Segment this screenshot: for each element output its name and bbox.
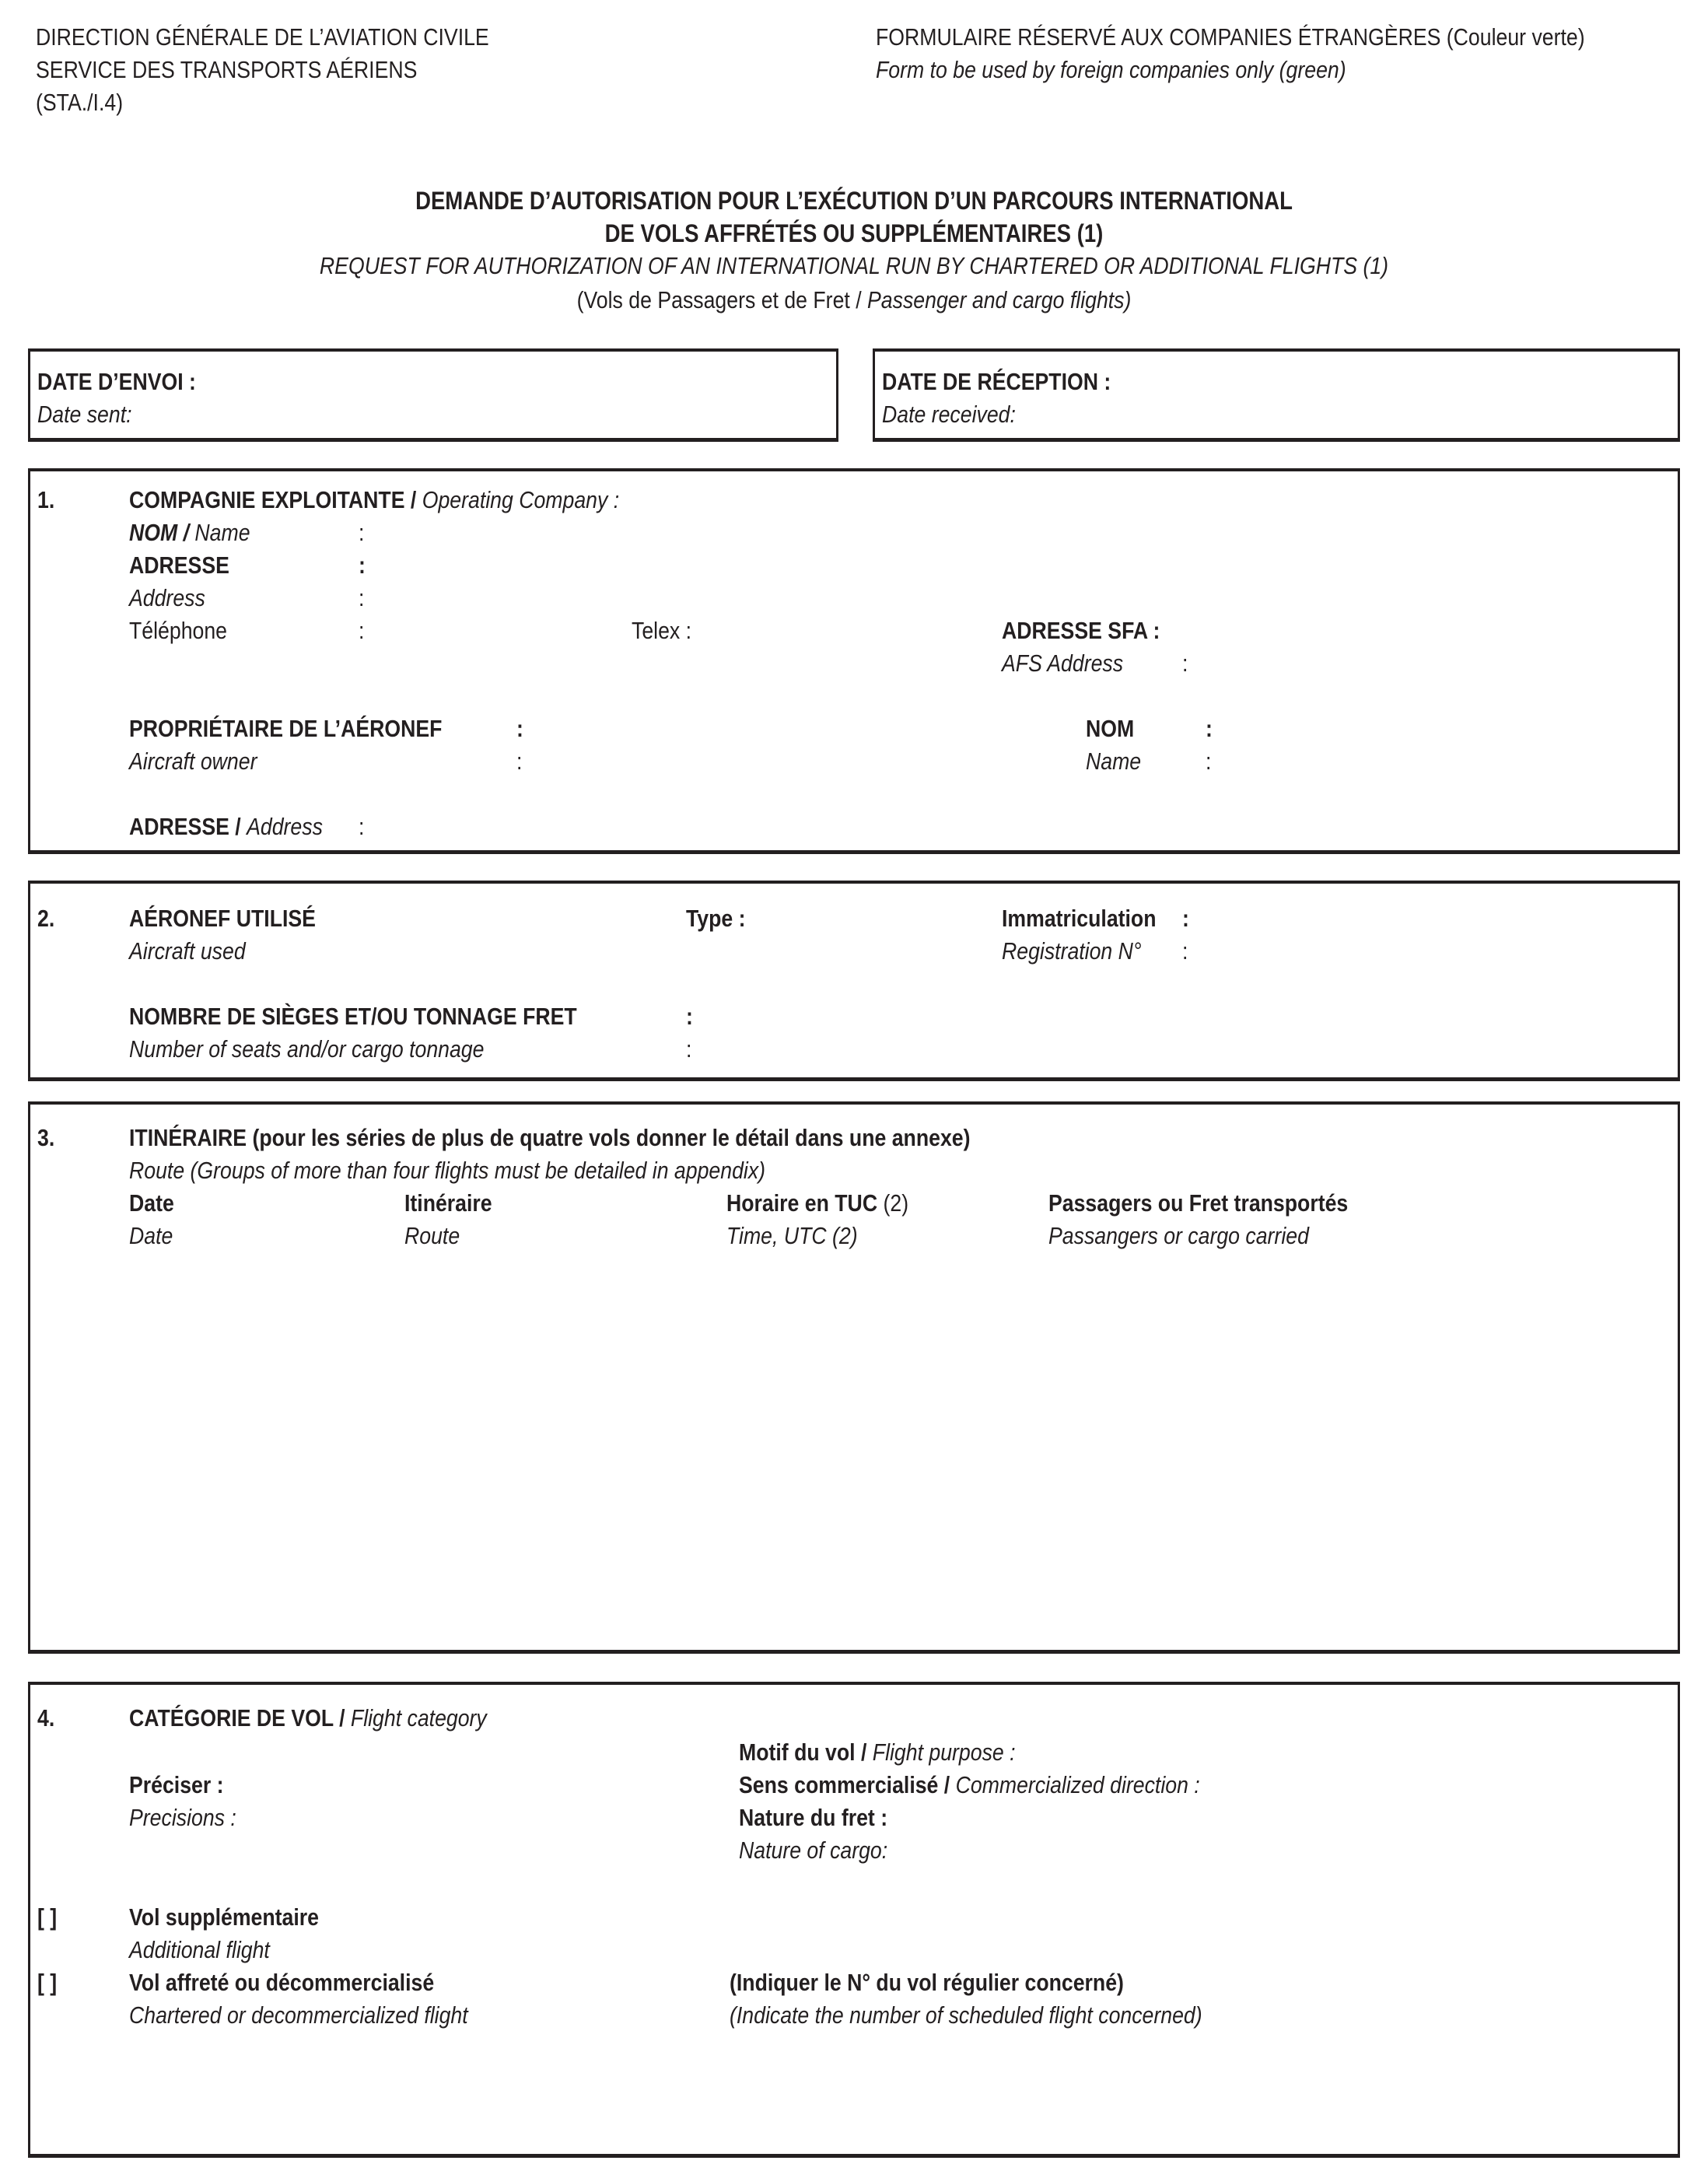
company-address-colon-en: : <box>359 586 364 610</box>
issuer-line-2: SERVICE DES TRANSPORTS AÉRIENS <box>36 58 417 82</box>
date-sent-label: DATE D’ENVOI : <box>37 369 196 394</box>
column-time-fr: Horaire en TUC <box>726 1189 877 1217</box>
registration-colon: : <box>1182 906 1189 930</box>
route-title: ITINÉRAIRE (pour les séries de plus de q… <box>129 1126 970 1150</box>
seats-tonnage-label-en: Number of seats and/or cargo tonnage <box>129 1037 484 1061</box>
owner-name-label-en: Name <box>1086 749 1141 773</box>
specify-label[interactable]: Préciser : <box>129 1773 224 1797</box>
date-received-label: DATE DE RÉCEPTION : <box>882 369 1111 394</box>
section-1-title-en: Operating Company : <box>422 486 619 513</box>
date-sent-box[interactable]: DATE D’ENVOI : Date sent: <box>28 348 838 442</box>
issuer-line-1: DIRECTION GÉNÉRALE DE L’AVIATION CIVILE <box>36 25 489 49</box>
date-received-box[interactable]: DATE DE RÉCEPTION : Date received: <box>873 348 1680 442</box>
title-line-4: (Vols de Passagers et de Fret / Passenge… <box>120 288 1589 312</box>
commercialized-direction-label-fr: Sens commercialisé / <box>739 1771 956 1798</box>
owner-name-colon: : <box>1206 716 1213 741</box>
afs-address-label: ADRESSE SFA : <box>1002 618 1160 643</box>
company-name-label-en: Name <box>194 519 250 546</box>
column-time-note: (2) <box>877 1189 908 1217</box>
flight-category-title-fr: CATÉGORIE DE VOL / <box>129 1704 351 1732</box>
commercialized-direction-label-en: Commercialized direction : <box>956 1771 1200 1798</box>
specify-label-en: Precisions : <box>129 1805 236 1830</box>
telephone-colon: : <box>359 618 364 643</box>
flight-purpose-label[interactable]: Motif du vol / Flight purpose : <box>739 1740 1016 1764</box>
seats-tonnage-label: NOMBRE DE SIÈGES ET/OU TONNAGE FRET <box>129 1004 577 1028</box>
seats-tonnage-colon: : <box>686 1004 693 1028</box>
registration-label-en: Registration N° <box>1002 939 1142 963</box>
column-time-en: Time, UTC (2) <box>726 1224 858 1248</box>
section-1-title: COMPAGNIE EXPLOITANTE / Operating Compan… <box>129 488 619 512</box>
company-address-field[interactable] <box>380 548 1547 613</box>
owner-address-colon: : <box>359 814 364 839</box>
company-address-label-en: Address <box>129 586 205 610</box>
column-date: Date <box>129 1191 174 1215</box>
telex-label: Telex : <box>632 618 691 643</box>
chartered-flight-label: Vol affreté ou décommercialisé <box>129 1970 434 1994</box>
seats-tonnage-colon-en: : <box>686 1037 691 1061</box>
cargo-nature-label-en: Nature of cargo: <box>739 1838 887 1862</box>
aircraft-owner-label: PROPRIÉTAIRE DE L’AÉRONEF <box>129 716 442 741</box>
registration-field[interactable] <box>1205 901 1640 966</box>
aircraft-owner-field[interactable] <box>536 711 1080 776</box>
title-line-1: DEMANDE D’AUTORISATION POUR L’EXÉCUTION … <box>120 188 1589 213</box>
column-time: Horaire en TUC (2) <box>726 1191 908 1215</box>
route-entries-area[interactable] <box>124 1256 1671 1637</box>
flight-category-title: CATÉGORIE DE VOL / Flight category <box>129 1706 487 1730</box>
additional-flight-checkbox[interactable]: [ ] <box>37 1905 57 1929</box>
aircraft-type-field[interactable] <box>777 901 1010 932</box>
section-4-number: 4. <box>37 1706 54 1730</box>
chartered-flight-label-en: Chartered or decommercialized flight <box>129 2003 468 2027</box>
title-line-2: DE VOLS AFFRÉTÉS OU SUPPLÉMENTAIRES (1) <box>120 221 1589 246</box>
registration-label: Immatriculation <box>1002 906 1157 930</box>
cargo-nature-label[interactable]: Nature du fret : <box>739 1805 887 1830</box>
commercialized-direction-label[interactable]: Sens commercialisé / Commercialized dire… <box>739 1773 1200 1797</box>
section-aircraft: 2. AÉRONEF UTILISÉ Aircraft used Type : … <box>28 881 1680 1081</box>
column-route-en: Route <box>404 1224 460 1248</box>
company-name-field[interactable] <box>380 515 1314 546</box>
flight-category-title-en: Flight category <box>351 1704 487 1732</box>
section-operating-company: 1. COMPAGNIE EXPLOITANTE / Operating Com… <box>28 468 1680 854</box>
additional-flight-label-en: Additional flight <box>129 1938 270 1962</box>
owner-address-label-fr: ADRESSE / <box>129 813 247 840</box>
chartered-flight-checkbox[interactable]: [ ] <box>37 1970 57 1994</box>
scheduled-flight-note: (Indiquer le N° du vol régulier concerné… <box>730 1970 1124 1994</box>
route-title-en: Route (Groups of more than four flights … <box>129 1158 765 1182</box>
form-usage-en: Form to be used by foreign companies onl… <box>876 58 1346 82</box>
company-name-label: NOM / Name <box>129 520 250 544</box>
column-cargo: Passagers ou Fret transportés <box>1048 1191 1348 1215</box>
company-name-colon: : <box>359 520 364 544</box>
form-usage-fr: FORMULAIRE RÉSERVÉ AUX COMPANIES ÉTRANGÈ… <box>876 25 1585 49</box>
section-1-title-fr: COMPAGNIE EXPLOITANTE / <box>129 486 422 513</box>
owner-name-colon-en: : <box>1206 749 1211 773</box>
additional-flight-label: Vol supplémentaire <box>129 1905 319 1929</box>
aircraft-type-label: Type : <box>686 906 746 930</box>
seats-tonnage-field[interactable] <box>707 999 1640 1064</box>
company-name-label-fr: NOM / <box>129 519 194 546</box>
owner-address-label: ADRESSE / Address <box>129 814 323 839</box>
owner-address-field[interactable] <box>380 809 1625 840</box>
owner-address-label-en: Address <box>247 813 323 840</box>
telephone-label: Téléphone <box>129 618 227 643</box>
company-address-label: ADRESSE <box>129 553 229 577</box>
flight-purpose-label-en: Flight purpose : <box>873 1739 1016 1766</box>
owner-name-label: NOM <box>1086 716 1134 741</box>
column-date-en: Date <box>129 1224 173 1248</box>
title-line-3: REQUEST FOR AUTHORIZATION OF AN INTERNAT… <box>120 254 1589 278</box>
title-line-4-fr: (Vols de Passagers et de Fret / <box>577 286 867 313</box>
company-address-colon: : <box>359 553 366 577</box>
scheduled-flight-number-field[interactable] <box>124 2039 1671 2140</box>
telex-field[interactable] <box>715 613 1010 644</box>
title-line-4-en: Passenger and cargo flights) <box>867 286 1131 313</box>
aircraft-owner-colon: : <box>516 716 523 741</box>
section-3-number: 3. <box>37 1126 54 1150</box>
issuer-reference: (STA./I.4) <box>36 90 123 114</box>
aircraft-owner-colon-en: : <box>516 749 522 773</box>
aircraft-owner-label-en: Aircraft owner <box>129 749 257 773</box>
afs-address-colon: : <box>1182 651 1188 675</box>
flight-purpose-label-fr: Motif du vol / <box>739 1739 873 1766</box>
column-cargo-en: Passangers or cargo carried <box>1048 1224 1309 1248</box>
section-1-number: 1. <box>37 488 54 512</box>
section-route: 3. ITINÉRAIRE (pour les séries de plus d… <box>28 1101 1680 1654</box>
afs-address-label-en: AFS Address <box>1002 651 1123 675</box>
section-flight-category: 4. CATÉGORIE DE VOL / Flight category Mo… <box>28 1682 1680 2158</box>
afs-address-field[interactable] <box>1205 646 1640 677</box>
scheduled-flight-note-en: (Indicate the number of scheduled flight… <box>730 2003 1202 2027</box>
date-sent-label-en: Date sent: <box>37 402 132 426</box>
column-route: Itinéraire <box>404 1191 492 1215</box>
aircraft-used-label: AÉRONEF UTILISÉ <box>129 906 316 930</box>
owner-name-field[interactable] <box>1228 711 1648 776</box>
aircraft-used-label-en: Aircraft used <box>129 939 246 963</box>
date-received-label-en: Date received: <box>882 402 1016 426</box>
telephone-field[interactable] <box>380 613 637 644</box>
section-2-number: 2. <box>37 906 54 930</box>
registration-colon-en: : <box>1182 939 1188 963</box>
